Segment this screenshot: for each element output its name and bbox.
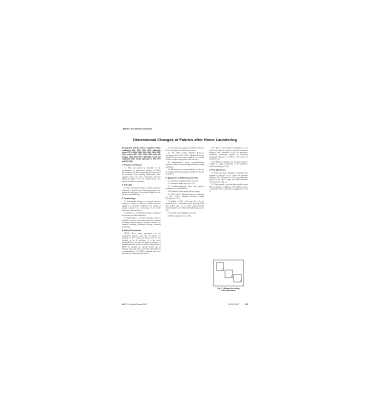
document-page: AATCC Test Method 135-2012 Dimensional C… [122,118,248,302]
screenshot-canvas: AATCC Test Method 135-2012 Dimensional C… [0,0,368,420]
section-heading: 3. Terminology [122,197,161,199]
section-heading: 1. Purpose and Scope [122,164,161,166]
page-content: AATCC Test Method 135-2012 Dimensional C… [122,128,248,312]
column-2: 4.1 Good laboratory practices should be … [166,147,205,301]
footer-right: TM 135-2012 233 [228,303,248,305]
section-heading: 5. Apparatus and Materials (see 9.1) [166,177,205,179]
paragraph: 6.2 When possible, each specimen should … [209,184,248,193]
footer-manual-name: AATCC Technical Manual/2012 [122,303,147,305]
specimen-square-1: 1 [216,263,224,271]
fabric-cutting-diagram: 1 2 3 [213,260,244,286]
column-3: 5.8.1 Tape or rule marked in millimeters… [209,147,248,301]
section-heading: 6. Test Specimens [209,169,248,171]
paragraph: 2.1 The dimensional changes of fabric sp… [122,187,161,196]
specimen-square-2: 2 [225,270,233,278]
specimen-label: 2 [231,275,232,277]
paragraph: 5.8.1 Tape or rule marked in millimeters… [209,147,248,160]
paragraph: NOTE: These safety precautions are for i… [122,233,161,255]
paragraph: 3.1 dimensional change, n.—a generic ter… [122,200,161,211]
paragraph: 4.4 Manufacturer's recommendations for t… [166,169,205,176]
specimen-square-3: 3 [234,274,242,282]
footer-method-id: TM 135-2012 [228,303,239,305]
paragraph: 4.3 Manufacturer's safety recommendation… [166,161,205,168]
figure-caption: Fig. 1—Diagram for cutting fabric specim… [217,287,241,291]
paragraph: 5.3 Conditioning/drying racks with pull-… [166,185,205,189]
footer-page-number: 233 [245,303,248,305]
specimen-label: 1 [222,268,223,270]
text-columns: Developed in 1970 by AATCC Committee RA4… [122,147,248,301]
page-footer: AATCC Technical Manual/2012 TM 135-2012 … [122,303,248,305]
paragraph: 5.5 1993 AATCC Standard Reference Deterg… [166,193,205,200]
paragraph: 5.8.2 Marked, calibrated and transparent… [209,161,248,168]
page-title: Dimensional Changes of Fabrics after Hom… [122,138,248,142]
paragraph: 5.8 Measuring devices (see 9.6). [166,215,205,217]
section-heading: 4. Safety Precautions [122,230,161,232]
paragraph: 6.1 Fabric specimens should be condition… [209,172,248,183]
paragraph: 5.6 Ballast of 920 x 920 mm (36 x 36 in.… [166,200,205,211]
history-note: Developed in 1970 by AATCC Committee RA4… [122,147,161,162]
figure-1: 1 2 3 Fig. 1—Diagram for cutting fabric … [209,260,248,292]
paragraph: 3.3 laundering, n.—of textile materials,… [122,217,161,228]
column-3-text: 5.8.1 Tape or rule marked in millimeters… [209,147,248,258]
paragraph: 4.1 Good laboratory practices should be … [166,147,205,151]
paragraph: 1.1 This test method is intended for the… [122,167,161,182]
method-number-header: AATCC Test Method 135-2012 [123,128,248,130]
paragraph: 4.2 The 1993 AATCC Standard Reference De… [166,152,205,161]
column-1: Developed in 1970 by AATCC Committee RA4… [122,147,161,301]
section-heading: 2. Principle [122,184,161,186]
paragraph: 3.2 growth, n.—a dimensional change resu… [122,212,161,216]
specimen-label: 3 [240,280,241,282]
